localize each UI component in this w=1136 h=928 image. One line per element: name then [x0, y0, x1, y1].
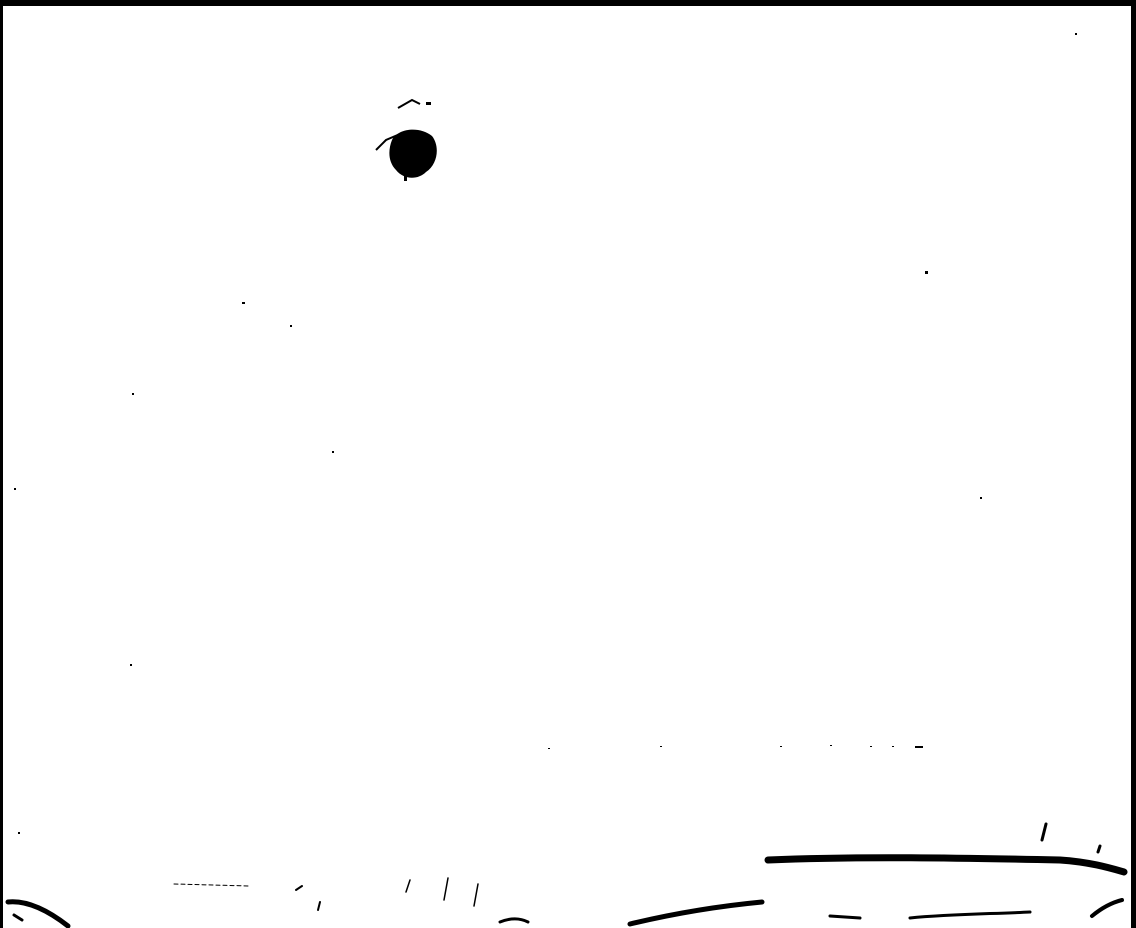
specks: [14, 33, 1077, 834]
scanned-page: [0, 0, 1136, 928]
ink-blot: [376, 100, 437, 181]
scan-artifacts: [0, 0, 1136, 928]
bottom-smudges: [8, 824, 1124, 926]
